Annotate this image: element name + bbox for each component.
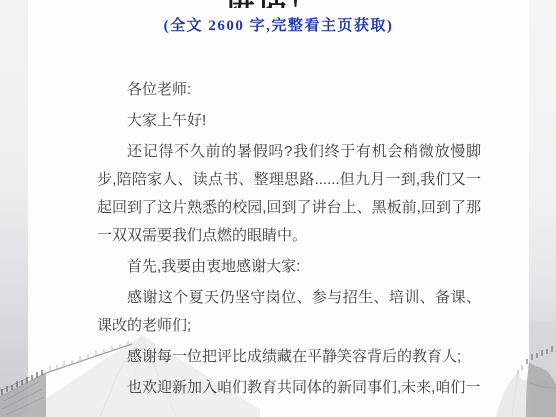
right-margin-wash [529, 0, 556, 417]
paragraph-welcome: 也欢迎新加入咱们教育共同体的新同事们,未来,咱们一 [97, 374, 481, 402]
paragraph-thanks-2: 感谢每一位把评比成绩藏在平静笑容背后的教育人; [97, 343, 481, 371]
document-page: 讲话! (全文 2600 字,完整看主页获取) 各位老师: 大家上午好! 还记得… [0, 0, 556, 417]
paragraph-thanks-intro: 首先,我要由衷地感谢大家: [97, 253, 481, 281]
speech-body: 各位老师: 大家上午好! 还记得不久前的暑假吗?我们终于有机会稍微放慢脚步,陪陪… [97, 76, 481, 405]
headline-text: 讲话! [225, 0, 304, 8]
subtitle: (全文 2600 字,完整看主页获取) [28, 14, 529, 35]
paragraph-summer: 还记得不久前的暑假吗?我们终于有机会稍微放慢脚步,陪陪家人、读点书、整理思路..… [97, 138, 481, 250]
clipped-headline: 讲话! [0, 0, 542, 8]
paragraph-thanks-1: 感谢这个夏天仍坚守岗位、参与招生、培训、备课、课改的老师们; [97, 284, 481, 340]
paragraph-greeting: 各位老师: [97, 76, 481, 104]
paragraph-hello: 大家上午好! [97, 107, 481, 135]
left-margin-wash [0, 0, 28, 417]
